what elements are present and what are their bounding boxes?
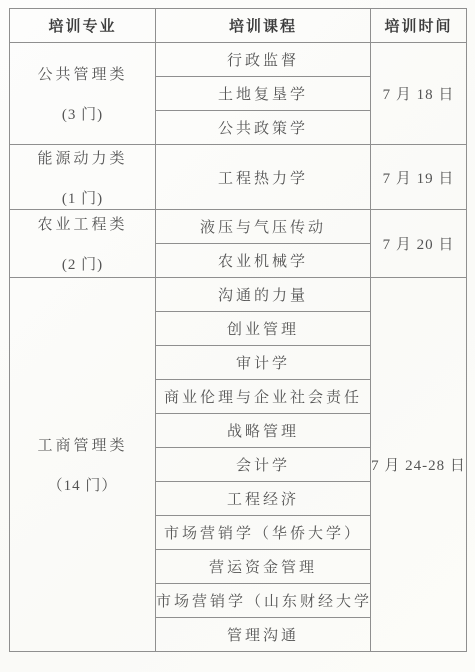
header-training-time: 培训时间 bbox=[371, 9, 467, 43]
course-cell: 战略管理 bbox=[156, 414, 371, 448]
major-course-count: （14 门） bbox=[10, 474, 155, 495]
table-row: 能源动力类(1 门)工程热力学7 月 19 日 bbox=[10, 145, 467, 210]
table-row: 公共管理类(3 门)行政监督7 月 18 日 bbox=[10, 43, 467, 77]
time-cell: 7 月 20 日 bbox=[371, 210, 467, 278]
header-training-major: 培训专业 bbox=[10, 9, 156, 43]
training-schedule-table: 培训专业 培训课程 培训时间 公共管理类(3 门)行政监督7 月 18 日土地复… bbox=[9, 8, 467, 652]
table-row: 工商管理类（14 门）沟通的力量7 月 24-28 日 bbox=[10, 278, 467, 312]
course-cell: 商业伦理与企业社会责任 bbox=[156, 380, 371, 414]
course-cell: 市场营销学（山东财经大学） bbox=[156, 584, 371, 618]
time-cell: 7 月 24-28 日 bbox=[371, 278, 467, 652]
course-cell: 行政监督 bbox=[156, 43, 371, 77]
time-cell: 7 月 18 日 bbox=[371, 43, 467, 145]
course-cell: 工程热力学 bbox=[156, 145, 371, 210]
major-cell: 公共管理类(3 门) bbox=[10, 43, 156, 145]
course-cell: 公共政策学 bbox=[156, 111, 371, 145]
major-course-count: (2 门) bbox=[10, 253, 155, 274]
course-cell: 会计学 bbox=[156, 448, 371, 482]
course-cell: 农业机械学 bbox=[156, 244, 371, 278]
header-training-course: 培训课程 bbox=[156, 9, 371, 43]
time-cell: 7 月 19 日 bbox=[371, 145, 467, 210]
course-cell: 土地复垦学 bbox=[156, 77, 371, 111]
major-cell: 能源动力类(1 门) bbox=[10, 145, 156, 210]
course-cell: 创业管理 bbox=[156, 312, 371, 346]
course-cell: 市场营销学（华侨大学） bbox=[156, 516, 371, 550]
table-header-row: 培训专业 培训课程 培训时间 bbox=[10, 9, 467, 43]
table-row: 农业工程类(2 门)液压与气压传动7 月 20 日 bbox=[10, 210, 467, 244]
major-name: 农业工程类 bbox=[10, 213, 155, 234]
major-name: 能源动力类 bbox=[10, 147, 155, 168]
major-name: 公共管理类 bbox=[10, 63, 155, 84]
course-cell: 工程经济 bbox=[156, 482, 371, 516]
scanned-document-page: 培训专业 培训课程 培训时间 公共管理类(3 门)行政监督7 月 18 日土地复… bbox=[0, 0, 475, 672]
major-course-count: (1 门) bbox=[10, 187, 155, 208]
major-name: 工商管理类 bbox=[10, 434, 155, 455]
course-cell: 审计学 bbox=[156, 346, 371, 380]
major-cell: 工商管理类（14 门） bbox=[10, 278, 156, 652]
course-cell: 沟通的力量 bbox=[156, 278, 371, 312]
course-cell: 管理沟通 bbox=[156, 618, 371, 652]
major-cell: 农业工程类(2 门) bbox=[10, 210, 156, 278]
major-course-count: (3 门) bbox=[10, 103, 155, 124]
course-cell: 液压与气压传动 bbox=[156, 210, 371, 244]
course-cell: 营运资金管理 bbox=[156, 550, 371, 584]
